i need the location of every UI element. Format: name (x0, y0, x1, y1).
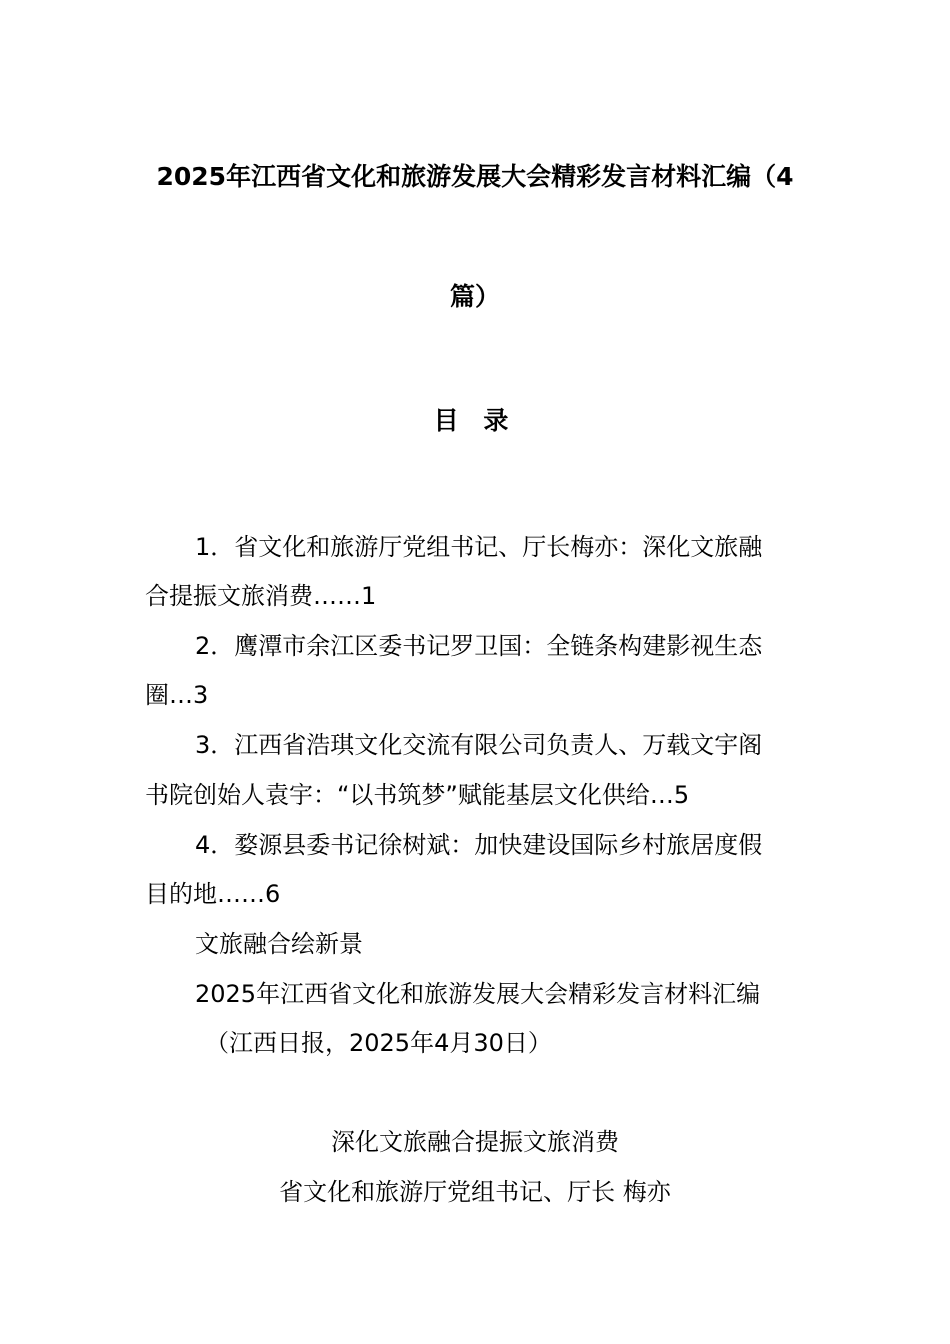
collection-title: 2025年江西省文化和旅游发展大会精彩发言材料汇编 (195, 979, 760, 1009)
toc-item-3-line-2[interactable]: 书院创始人袁宇：“以书筑梦”赋能基层文化供给…5 (145, 780, 689, 810)
toc-item-1-line-1[interactable]: 1．省文化和旅游厅党组书记、厅长梅亦：深化文旅融 (195, 532, 762, 562)
document-title-line-2: 篇） (0, 282, 950, 312)
section-heading: 文旅融合绘新景 (195, 929, 363, 959)
toc-item-1-line-2[interactable]: 合提振文旅消费……1 (145, 581, 376, 611)
document-page: 2025年江西省文化和旅游发展大会精彩发言材料汇编（4 篇） 目 录 1．省文化… (0, 0, 950, 1344)
toc-item-2-line-1[interactable]: 2．鹰潭市余江区委书记罗卫国：全链条构建影视生态 (195, 631, 762, 661)
document-title-line-1: 2025年江西省文化和旅游发展大会精彩发言材料汇编（4 (0, 162, 950, 192)
source-line: （江西日报，2025年4月30日） (205, 1028, 552, 1058)
article-title: 深化文旅融合提振文旅消费 (0, 1127, 950, 1157)
toc-heading: 目 录 (0, 406, 950, 436)
toc-item-4-line-2[interactable]: 目的地……6 (145, 879, 280, 909)
toc-item-2-line-2[interactable]: 圈…3 (145, 680, 208, 710)
toc-item-3-line-1[interactable]: 3．江西省浩琪文化交流有限公司负责人、万载文宇阁 (195, 730, 762, 760)
article-author-line: 省文化和旅游厅党组书记、厅长 梅亦 (0, 1177, 950, 1207)
toc-item-4-line-1[interactable]: 4．婺源县委书记徐树斌：加快建设国际乡村旅居度假 (195, 830, 762, 860)
